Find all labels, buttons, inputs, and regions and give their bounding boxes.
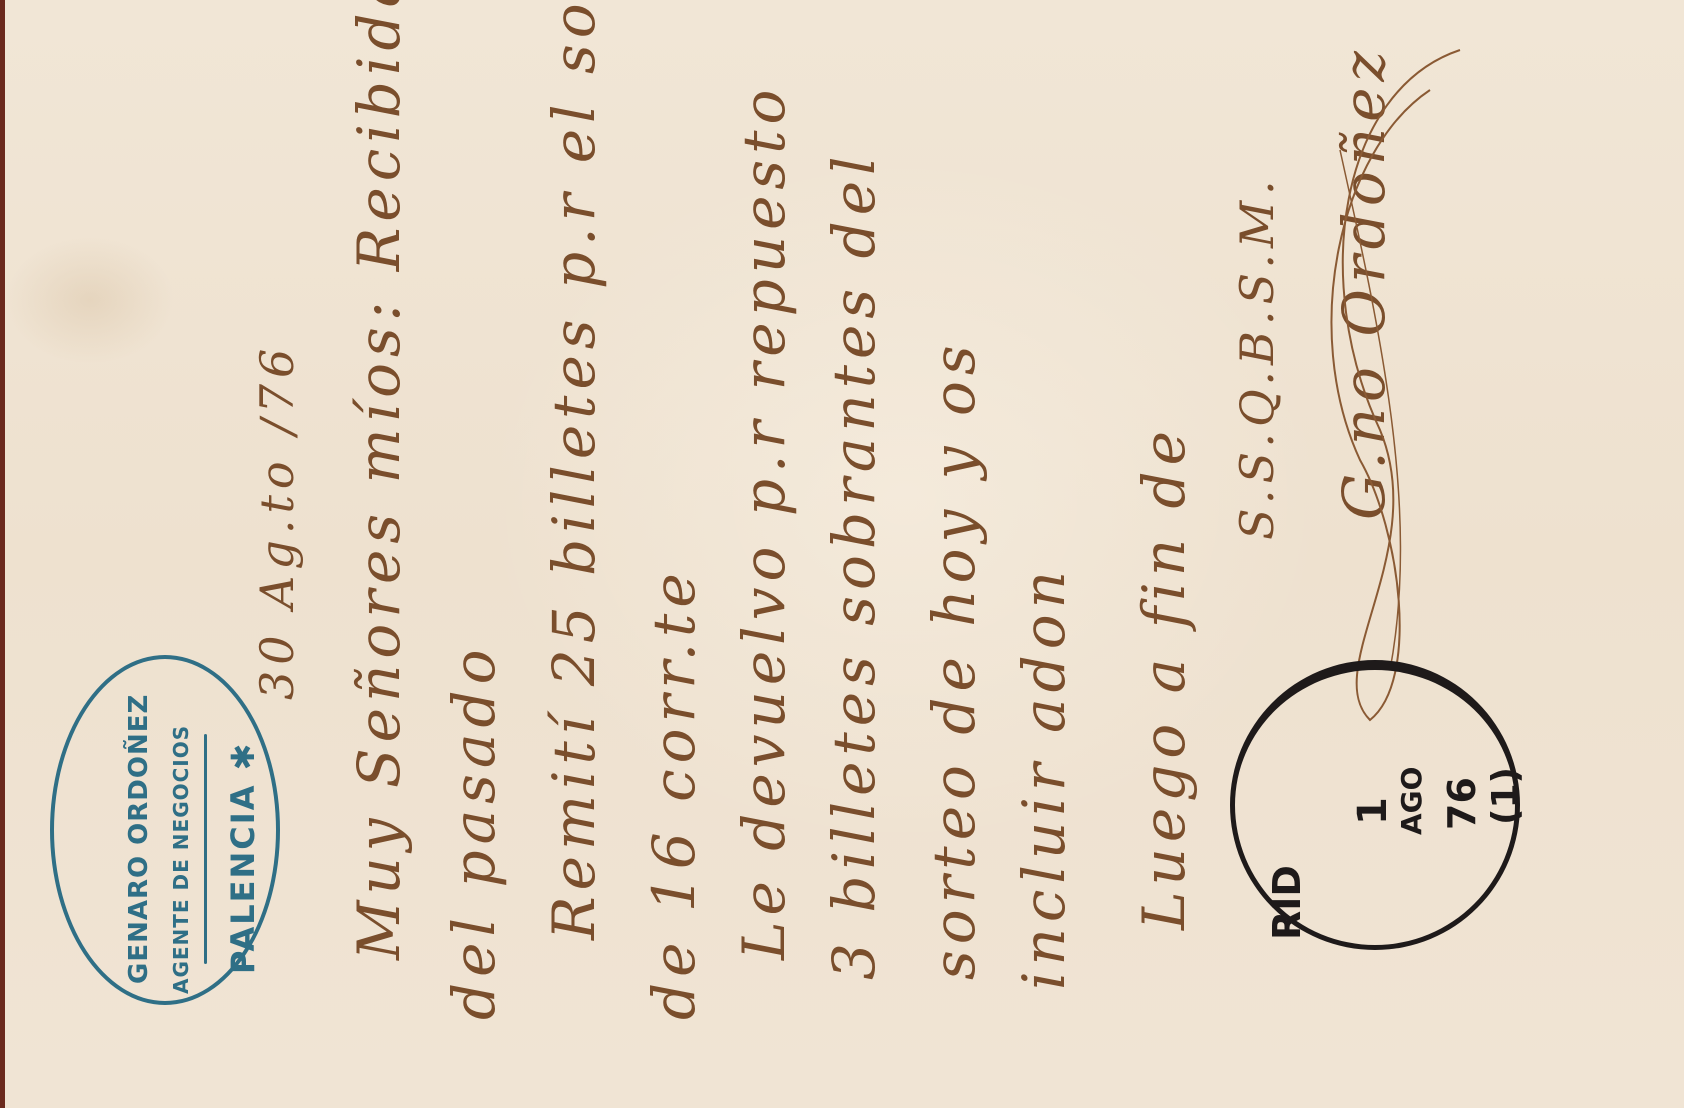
letter-line-2: del pasado <box>440 643 508 1020</box>
signature-flourish <box>1280 30 1480 730</box>
letter-line-9: Luego a fin de <box>1130 425 1198 930</box>
letter-closing: S.S.Q.B.S.M. <box>1230 174 1284 540</box>
postmark-code: (1) <box>1485 767 1526 825</box>
letter-date: 30 Ag.to /76 <box>250 343 304 700</box>
letter-line-4: de 16 corr.te <box>640 567 708 1020</box>
letter-line-1: Muy Señores míos: Recibida su grata de <box>345 0 413 960</box>
letter-line-7: sorteo de hoy y os <box>920 339 988 980</box>
letter-line-8: incluir adon <box>1010 565 1078 990</box>
postmark-year: 76 <box>1440 777 1484 830</box>
letter-line-6: 3 billetes sobrantes del <box>820 150 888 980</box>
agent-oval-stamp: GENARO ORDOÑEZ AGENTE DE NEGOCIOS PALENC… <box>50 655 280 1005</box>
stamp-divider <box>204 734 207 964</box>
postmark-day: 1 <box>1350 797 1396 825</box>
letter-line-5: Le devuelvo p.r repuesto <box>730 84 798 960</box>
stamp-title: AGENTE DE NEGOCIOS <box>169 725 193 994</box>
circular-postmark: RID 1 AGO 76 (1) <box>1230 660 1520 950</box>
stamp-city: PALENCIA ✱ <box>224 742 262 974</box>
postmark-place: RID <box>1265 865 1309 940</box>
letter-line-3: Remití 25 billetes p.r el sorteo <box>540 0 608 940</box>
postmark-month: AGO <box>1395 767 1428 835</box>
stamp-name: GENARO ORDOÑEZ <box>124 694 154 984</box>
